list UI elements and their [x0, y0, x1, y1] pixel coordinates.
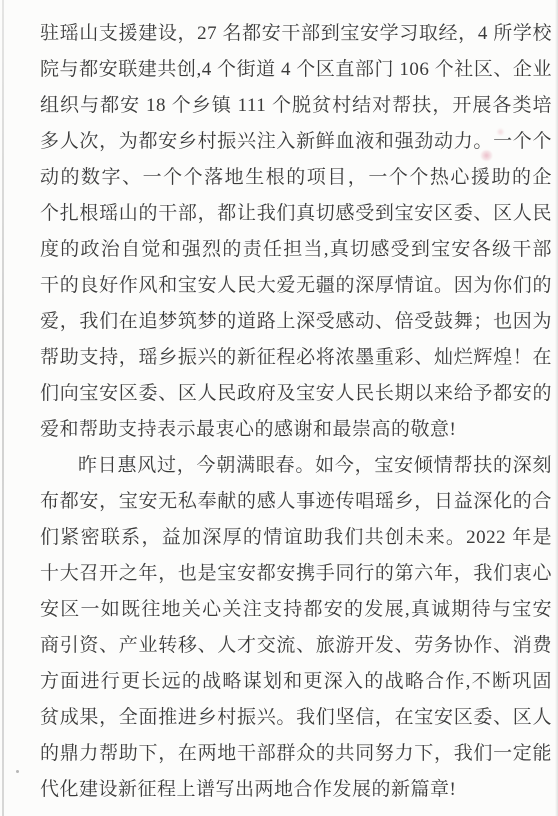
- text-line: 度的政治自觉和强烈的责任担当,真切感受到宝安各级干部真抓实: [40, 232, 552, 268]
- text-line: 代化建设新征程上谱写出两地合作发展的新篇章!: [40, 772, 552, 808]
- scan-speck: [16, 770, 19, 773]
- text-line: 爱，我们在追梦筑梦的道路上深受感动、倍受鼓舞；也因为你们的: [40, 304, 552, 340]
- text-line: 布都安，宝安无私奉献的感人事迹传唱瑶乡，日益深化的合作让我: [40, 484, 552, 520]
- text-line: 个扎根瑶山的干部，都让我们真切感受到宝安区委、区人民政府高: [40, 196, 552, 232]
- text-line: 动的数字、一个个落地生根的项目，一个个热心援助的企业，一个: [40, 160, 552, 196]
- paragraph-2: 昨日惠风过，今朝满眼春。如今，宝安倾情帮扶的深刻印记遍 布都安，宝安无私奉献的感…: [40, 448, 552, 808]
- text-line: 的鼎力帮助下，在两地干部群众的共同努力下，我们一定能够在现: [40, 736, 552, 772]
- document-page: 驻瑶山支援建设，27 名都安干部到宝安学习取经，4 所学校 2 家医 院与都安联…: [0, 0, 558, 816]
- text-line: 安区一如既往地关心关注支持都安的发展,真诚期待与宝安区在招: [40, 592, 552, 628]
- text-line: 帮助支持，瑶乡振兴的新征程必将浓墨重彩、灿烂辉煌！在此，我: [40, 340, 552, 376]
- text-line: 驻瑶山支援建设，27 名都安干部到宝安学习取经，4 所学校 2 家医: [40, 16, 552, 52]
- text-line: 们紧密联系，益加深厚的情谊助我们共创未来。2022 年是党的二: [40, 520, 552, 556]
- scan-edge-left: [2, 0, 4, 816]
- paragraph-1: 驻瑶山支援建设，27 名都安干部到宝安学习取经，4 所学校 2 家医 院与都安联…: [40, 16, 552, 448]
- text-line: 贫成果，全面推进乡村振兴。我们坚信，在宝安区委、区人民政府: [40, 700, 552, 736]
- letter-body: 驻瑶山支援建设，27 名都安干部到宝安学习取经，4 所学校 2 家医 院与都安联…: [40, 16, 552, 808]
- text-line: 商引资、产业转移、人才交流、旅游开发、劳务协作、消费协作等: [40, 628, 552, 664]
- text-line: 十大召开之年，也是宝安都安携手同行的第六年，我们衷心希望宝: [40, 556, 552, 592]
- text-line: 方面进行更长远的战略谋划和更深入的战略合作,不断巩固拓展脱: [40, 664, 552, 700]
- text-line: 院与都安联建共创,4 个街道 4 个区直部门 106 个社区、企业及社会: [40, 52, 552, 88]
- text-line: 多人次，为都安乡村振兴注入新鲜血液和强劲动力。一个个闪烁跳: [40, 124, 552, 160]
- text-line: 干的良好作风和宝安人民大爱无疆的深厚情谊。因为你们的关怀厚: [40, 268, 552, 304]
- text-line: 昨日惠风过，今朝满眼春。如今，宝安倾情帮扶的深刻印记遍: [40, 448, 552, 484]
- text-line: 们向宝安区委、区人民政府及宝安人民长期以来给予都安的关怀厚: [40, 376, 552, 412]
- text-line: 组织与都安 18 个乡镇 111 个脱贫村结对帮扶，开展各类培训 4000: [40, 88, 552, 124]
- text-line: 爱和帮助支持表示最衷心的感谢和最崇高的敬意!: [40, 412, 552, 448]
